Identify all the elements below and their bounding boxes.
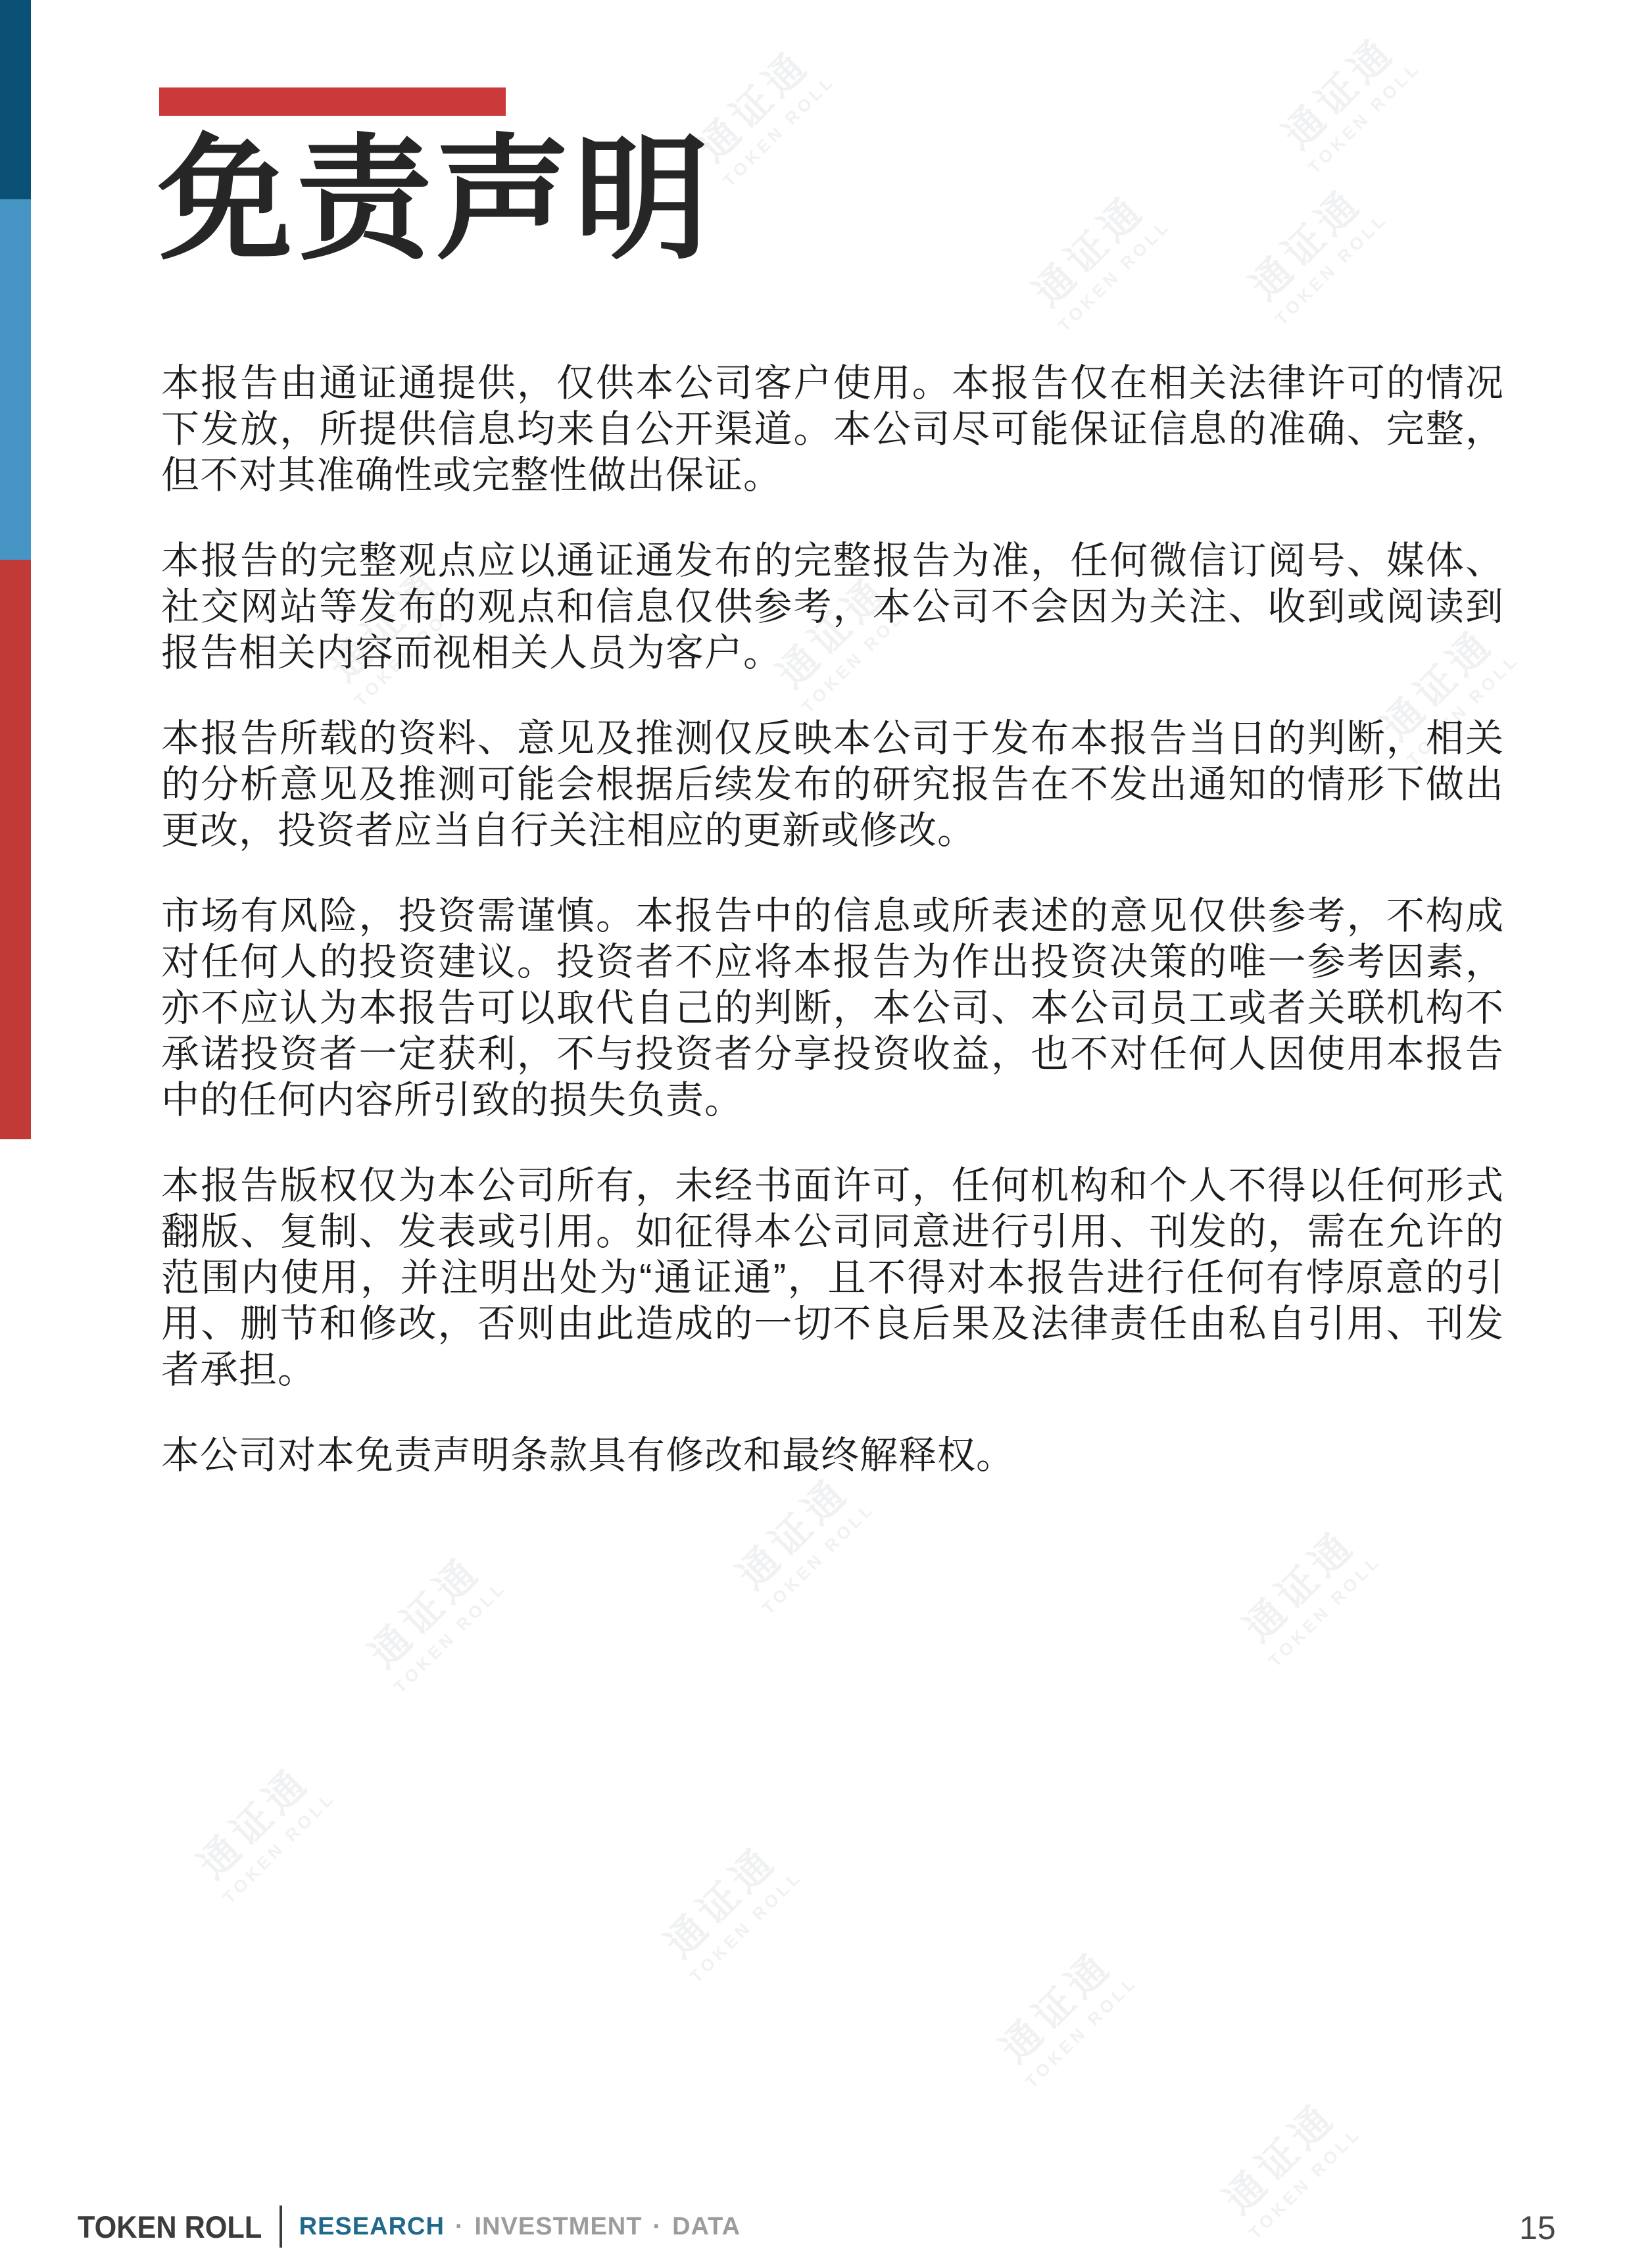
brand-watermark: 通证通TOKEN ROLL [1014,175,1175,335]
footer-brand-logo: TOKEN ROLL [78,2209,262,2245]
brand-watermark: 通证通TOKEN ROLL [981,1931,1142,2092]
disclaimer-paragraph: 市场有风险，投资需谨慎。本报告中的信息或所表述的意见仅供参考，不构成对任何人的投… [161,893,1504,1123]
disclaimer-paragraph: 本报告的完整观点应以通证通发布的完整报告为准，任何微信订阅号、媒体、社交网站等发… [161,538,1504,676]
left-accent-bar-blue [0,199,31,560]
footer-tagline-dot: · [652,2213,662,2241]
left-accent-bar-navy [0,0,31,199]
brand-watermark: 通证通TOKEN ROLL [1231,168,1392,329]
page-footer: TOKEN ROLL RESEARCH · INVESTMENT · DATA [78,2204,741,2250]
disclaimer-paragraph: 本报告由通证通提供，仅供本公司客户使用。本报告仅在相关法律许可的情况下发放，所提… [161,360,1504,499]
disclaimer-paragraph: 本报告所载的资料、意见及推测仅反映本公司于发布本报告当日的判断，相关的分析意见及… [161,716,1504,854]
disclaimer-paragraph: 本公司对本免责声明条款具有修改和最终解释权。 [161,1433,1504,1479]
brand-watermark: 通证通TOKEN ROLL [179,1747,339,1908]
footer-divider [280,2206,282,2248]
brand-watermark: 通证通TOKEN ROLL [1264,17,1424,178]
brand-watermark: 通证通TOKEN ROLL [1225,1510,1385,1671]
page-title: 免责声明 [158,129,713,270]
brand-watermark: 通证通TOKEN ROLL [646,1826,806,1986]
footer-tagline-data: DATA [672,2213,741,2241]
brand-watermark: 通证通TOKEN ROLL [1205,2083,1365,2243]
left-accent-bar-red [0,560,31,1139]
footer-tagline: RESEARCH · INVESTMENT · DATA [299,2213,741,2241]
footer-tagline-investment: INVESTMENT [475,2213,643,2241]
footer-tagline-research: RESEARCH [299,2213,445,2241]
footer-tagline-dot: · [455,2213,464,2241]
disclaimer-body: 本报告由通证通提供，仅供本公司客户使用。本报告仅在相关法律许可的情况下发放，所提… [161,360,1504,1518]
brand-watermark: 通证通TOKEN ROLL [350,1537,510,1697]
title-accent-bar [159,87,506,116]
page-number: 15 [1519,2209,1556,2247]
disclaimer-paragraph: 本报告版权仅为本公司所有，未经书面许可，任何机构和个人不得以任何形式翻版、复制、… [161,1163,1504,1393]
